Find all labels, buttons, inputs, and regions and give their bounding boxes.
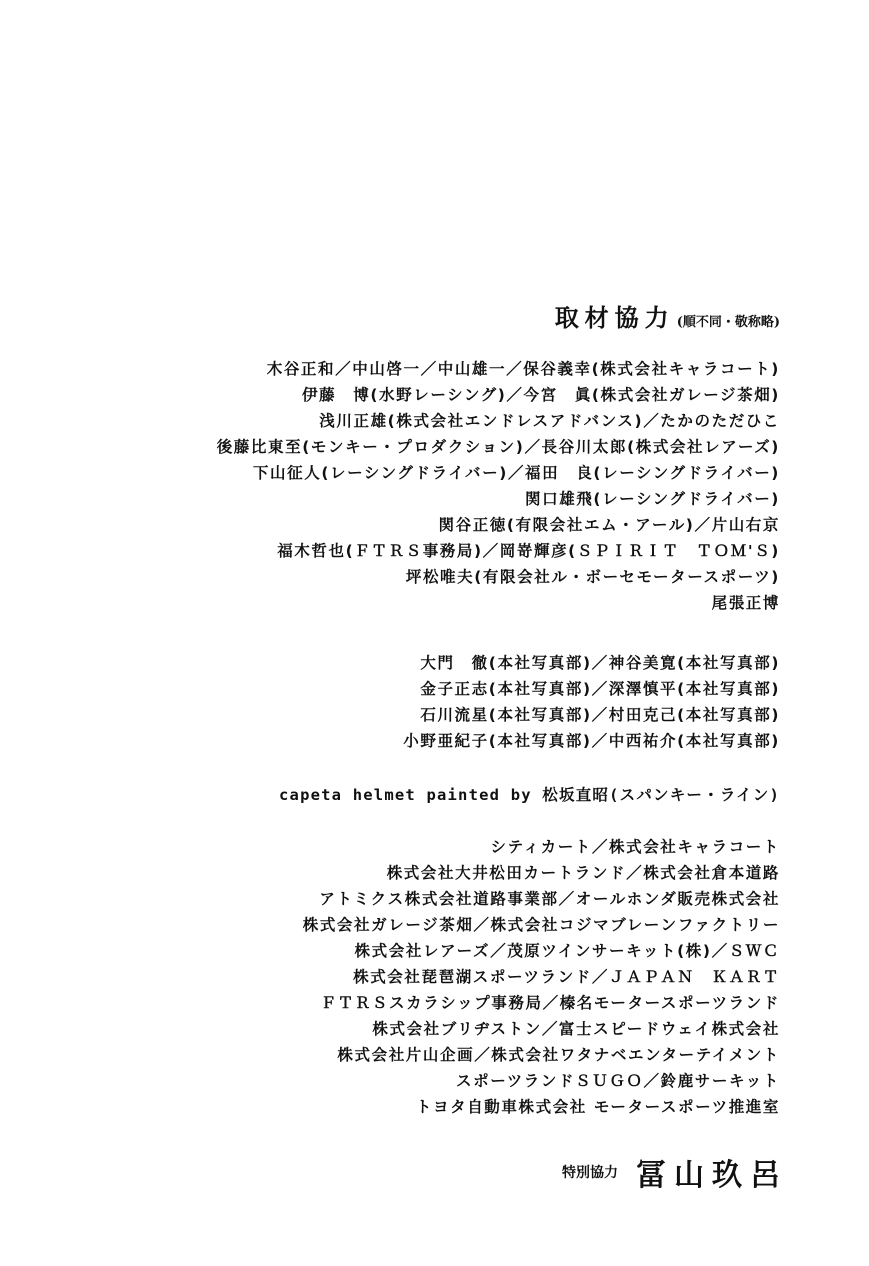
credit-line: ＦＴＲＳスカラシップ事務局／榛名モータースポーツランド: [303, 990, 780, 1016]
credit-line: アトミクス株式会社道路事業部／オールホンダ販売株式会社: [303, 886, 780, 912]
title-note: (順不同・敬称略): [677, 311, 780, 330]
credit-line: 株式会社琵琶湖スポーツランド／ＪＡＰＡＮ ＫＡＲＴ: [303, 964, 780, 990]
credit-line: 株式会社ブリヂストン／富士スピードウェイ株式会社: [303, 1016, 780, 1042]
credit-line: 株式会社大井松田カートランド／株式会社倉本道路: [303, 860, 780, 886]
special-thanks-label: 特別協力: [562, 1162, 618, 1182]
credit-line: 福木哲也(ＦＴＲＳ事務局)／岡嵜輝彦(ＳＰＩＲＩＴ ＴＯＭ'Ｓ): [217, 538, 780, 564]
credits-header: 取材協力 (順不同・敬称略): [555, 298, 780, 333]
individuals-section: 木谷正和／中山啓一／中山雄一／保谷義幸(株式会社キャラコート) 伊藤 博(水野レ…: [217, 356, 780, 616]
credit-line: 石川流星(本社写真部)／村田克己(本社写真部): [403, 702, 780, 728]
credit-line: 尾張正博: [217, 590, 780, 616]
credit-line: シティカート／株式会社キャラコート: [303, 834, 780, 860]
page-title: 取材協力: [555, 298, 675, 333]
credit-line: 小野亜紀子(本社写真部)／中西祐介(本社写真部): [403, 728, 780, 754]
credit-line: 浅川正雄(株式会社エンドレスアドバンス)／たかのただひこ: [217, 408, 780, 434]
credit-line: 株式会社レアーズ／茂原ツインサーキット(株)／ＳＷＣ: [303, 938, 780, 964]
helmet-credit-line: capeta helmet painted by 松坂直昭(スパンキー・ライン): [279, 782, 780, 808]
companies-section: シティカート／株式会社キャラコート 株式会社大井松田カートランド／株式会社倉本道…: [303, 834, 780, 1120]
special-thanks-name: 冨山玖呂: [636, 1150, 788, 1194]
credits-page: 取材協力 (順不同・敬称略) 木谷正和／中山啓一／中山雄一／保谷義幸(株式会社キ…: [0, 0, 869, 1266]
credit-line: 坪松唯夫(有限会社ル・ボーセモータースポーツ): [217, 564, 780, 590]
credit-line: 株式会社ガレージ茶畑／株式会社コジマブレーンファクトリー: [303, 912, 780, 938]
credit-line: 関口雄飛(レーシングドライバー): [217, 486, 780, 512]
credit-line: 伊藤 博(水野レーシング)／今宮 眞(株式会社ガレージ茶畑): [217, 382, 780, 408]
credit-line: 木谷正和／中山啓一／中山雄一／保谷義幸(株式会社キャラコート): [217, 356, 780, 382]
credit-line: 関谷正徳(有限会社エム・アール)／片山右京: [217, 512, 780, 538]
credit-line: 株式会社片山企画／株式会社ワタナベエンターテイメント: [303, 1042, 780, 1068]
credit-line: 後藤比東至(モンキー・プロダクション)／長谷川太郎(株式会社レアーズ): [217, 434, 780, 460]
credit-line: スポーツランドＳＵＧＯ／鈴鹿サーキット: [303, 1068, 780, 1094]
credit-line: 下山征人(レーシングドライバー)／福田 良(レーシングドライバー): [217, 460, 780, 486]
helmet-section: capeta helmet painted by 松坂直昭(スパンキー・ライン): [279, 782, 780, 808]
photographers-section: 大門 徹(本社写真部)／神谷美寛(本社写真部) 金子正志(本社写真部)／深澤慎平…: [403, 650, 780, 754]
credit-line: 大門 徹(本社写真部)／神谷美寛(本社写真部): [403, 650, 780, 676]
special-thanks: 特別協力 冨山玖呂: [562, 1150, 780, 1194]
credit-line: 金子正志(本社写真部)／深澤慎平(本社写真部): [403, 676, 780, 702]
credit-line: トヨタ自動車株式会社 モータースポーツ推進室: [303, 1094, 780, 1120]
